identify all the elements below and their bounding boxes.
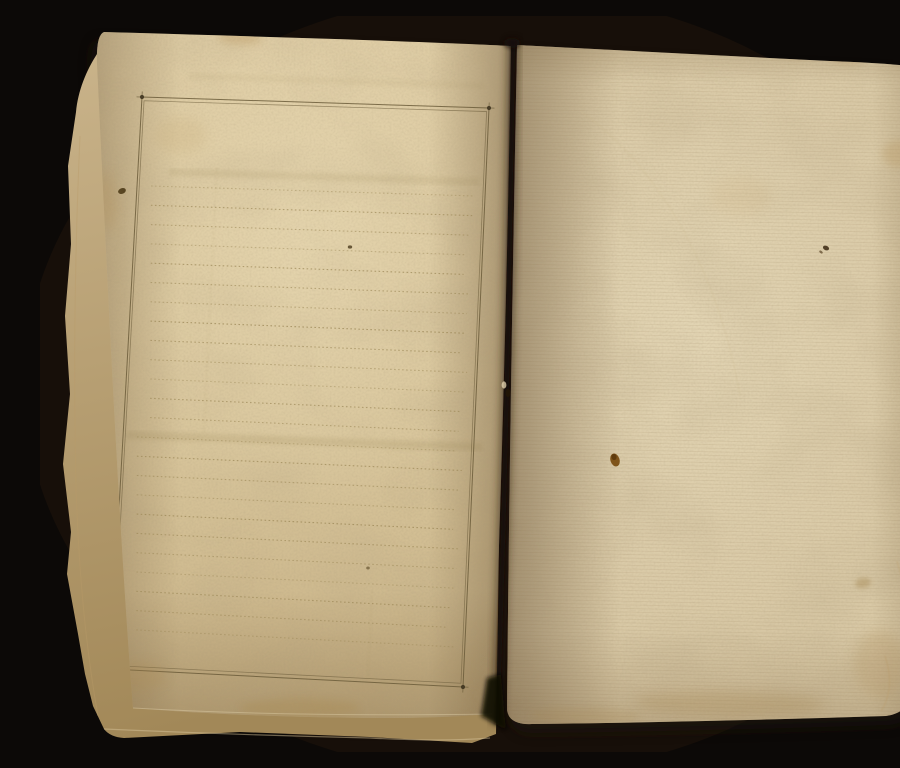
left-page-stack <box>60 16 525 749</box>
photo-old-notebook: Open antique notebook on a black backgro… <box>40 16 900 752</box>
gutter-top-notch <box>504 38 520 48</box>
notebook-scene <box>40 16 900 752</box>
left-paper-grain <box>60 21 525 749</box>
stitch-thread <box>502 381 507 388</box>
stitch-hole <box>505 389 510 397</box>
right-page <box>455 34 900 736</box>
right-paper-grain <box>495 34 900 734</box>
